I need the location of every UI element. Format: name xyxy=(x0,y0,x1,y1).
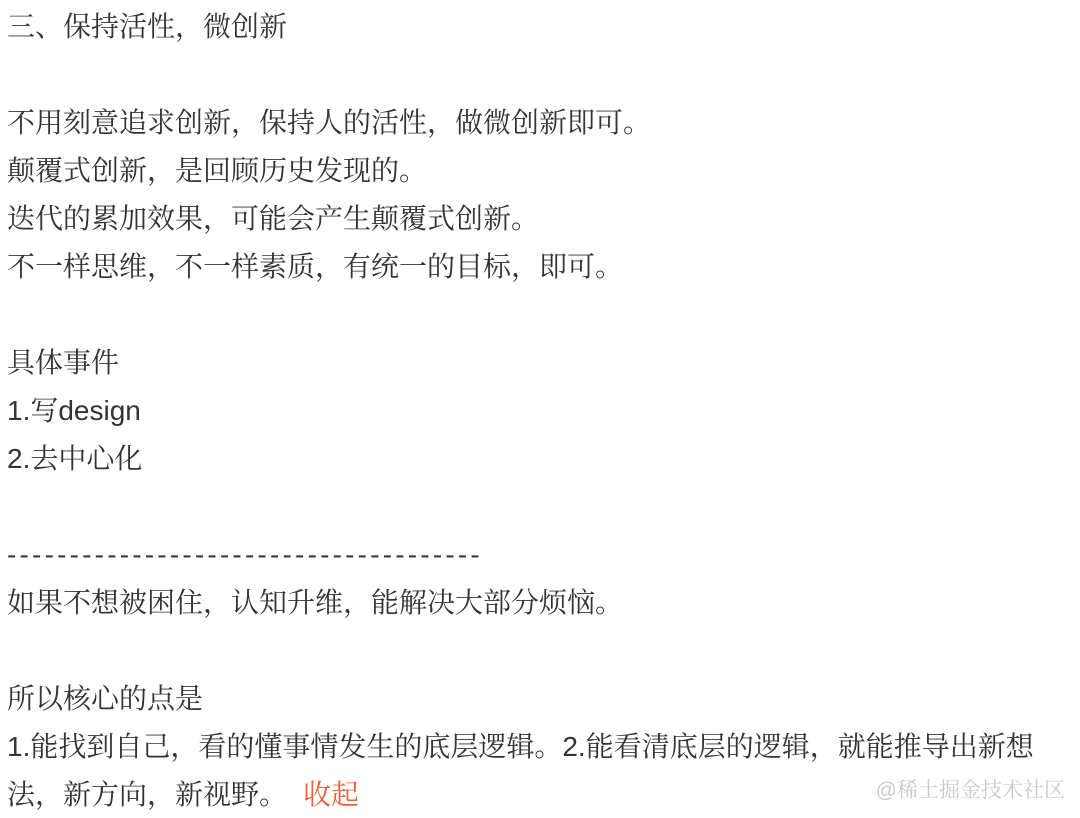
events-item-2: 2.去中心化 xyxy=(7,435,1076,483)
blank-line xyxy=(7,291,1076,339)
collapse-link[interactable]: 收起 xyxy=(303,779,359,810)
comment-body: 三、保持活性，微创新 不用刻意追求创新，保持人的活性，做微创新即可。 颠覆式创新… xyxy=(0,0,1080,818)
watermark: @稀土掘金技术社区 xyxy=(876,780,1065,801)
events-item-1: 1.写design xyxy=(7,387,1076,435)
core-points-intro: 所以核心的点是 xyxy=(7,675,1076,723)
blank-line xyxy=(7,483,1076,531)
blank-line xyxy=(7,51,1076,99)
innovation-line-1: 不用刻意追求创新，保持人的活性，做微创新即可。 xyxy=(7,99,1076,147)
dashed-divider: -------------------------------------- xyxy=(7,531,1076,579)
section-heading: 三、保持活性，微创新 xyxy=(7,3,1076,51)
core-points-paragraph: 1.能找到自己，看的懂事情发生的底层逻辑。2.能看清底层的逻辑，就能推导出新想法… xyxy=(7,723,1076,818)
blank-line xyxy=(7,627,1076,675)
cognition-line: 如果不想被困住，认知升维，能解决大部分烦恼。 xyxy=(7,579,1076,627)
innovation-line-4: 不一样思维，不一样素质，有统一的目标，即可。 xyxy=(7,243,1076,291)
innovation-line-3: 迭代的累加效果，可能会产生颠覆式创新。 xyxy=(7,195,1076,243)
innovation-line-2: 颠覆式创新，是回顾历史发现的。 xyxy=(7,147,1076,195)
events-title: 具体事件 xyxy=(7,339,1076,387)
